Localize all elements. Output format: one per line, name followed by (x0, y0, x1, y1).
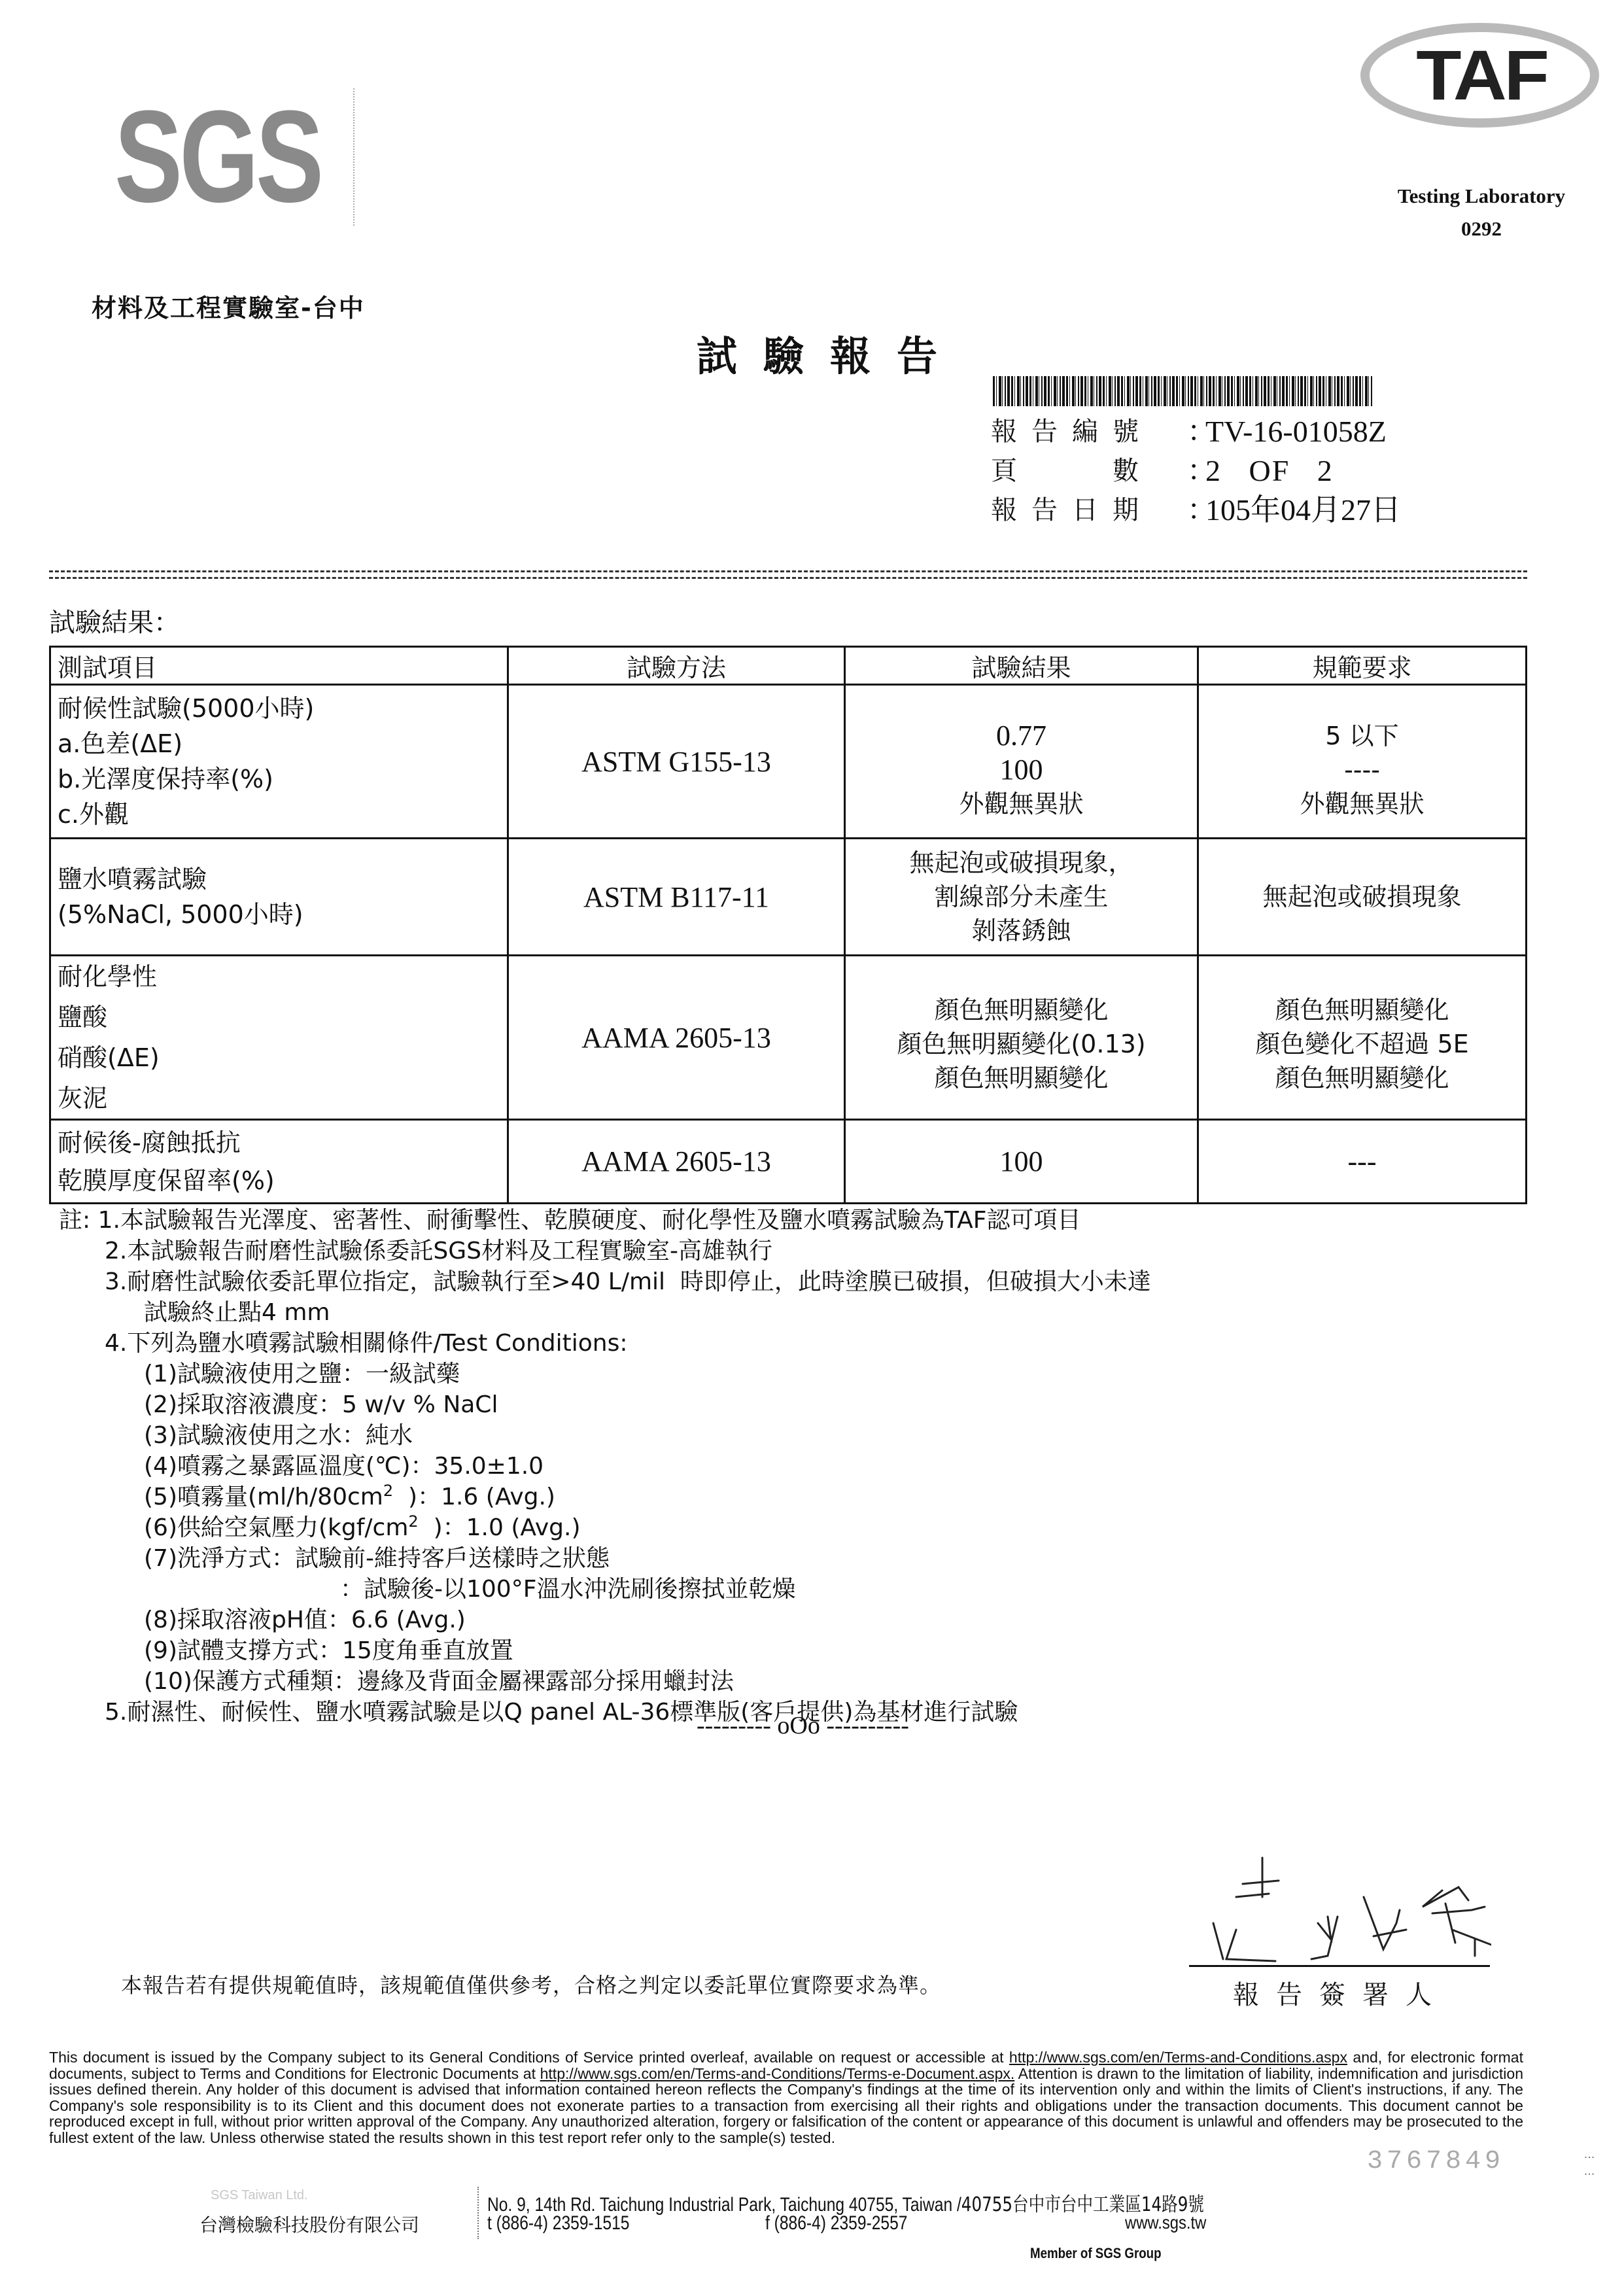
result-value: 割線部分未產生 (852, 880, 1190, 914)
spec-value: 顏色無明顯變化 (1205, 993, 1519, 1027)
result-value: 顏色無明顯變化(0.13) (852, 1027, 1190, 1061)
taf-lab-number: 0292 (1364, 217, 1599, 241)
note-item: 3.耐磨性試驗依委託單位指定，試驗執行至>40 L/mil 時即停止，此時塗膜已… (59, 1266, 1151, 1297)
signature-line (1189, 1965, 1490, 1967)
test-item-line: (5%NaCl, 5000小時) (58, 897, 500, 932)
report-number-row: 報告編號 ： TV-16-01058Z (991, 412, 1401, 451)
taf-caption: Testing Laboratory (1364, 184, 1599, 208)
disclaimer-text: This document is issued by the Company s… (49, 2049, 1009, 2066)
spec-value: 外觀無異狀 (1205, 787, 1519, 821)
test-item-line: c.外觀 (58, 797, 500, 832)
table-row: 鹽水噴霧試驗 (5%NaCl, 5000小時) ASTM B117-11 無起泡… (50, 839, 1527, 956)
report-meta: 報告編號 ： TV-16-01058Z 頁 數 ： 2 OF 2 報告日期 ： … (991, 412, 1401, 530)
separator-line (49, 577, 1527, 579)
table-row: 耐化學性 鹽酸 硝酸(ΔE) 灰泥 AAMA 2605-13 顏色無明顯變化 顏… (50, 956, 1527, 1120)
superscript: 2 (408, 1512, 418, 1531)
member-statement: Member of SGS Group (1030, 2245, 1162, 2262)
result-value: 顏色無明顯變化 (852, 993, 1190, 1027)
report-number-label: 報告編號 (991, 412, 1187, 451)
column-header-method: 試驗方法 (508, 647, 845, 685)
test-method-cell: ASTM B117-11 (508, 839, 845, 956)
column-header-result: 試驗結果 (845, 647, 1198, 685)
note-item: 2.本試驗報告耐磨性試驗係委託SGS材料及工程實驗室-高雄執行 (59, 1236, 1151, 1266)
report-date-label: 報告日期 (991, 491, 1187, 530)
result-value: 100 (852, 753, 1190, 787)
signer-label: 報告簽署人 (1233, 1974, 1449, 2011)
spec-value: --- (1205, 1145, 1519, 1179)
note-item: 5.耐濕性、耐候性、鹽水噴霧試驗是以Q panel AL-36標準版(客戶提供)… (59, 1697, 1151, 1728)
spec-cell: --- (1198, 1120, 1527, 1204)
table-row: 耐候後-腐蝕抵抗 乾膜厚度保留率(%) AAMA 2605-13 100 --- (50, 1120, 1527, 1204)
signature-icon (1197, 1851, 1491, 1962)
colon: ： (1187, 451, 1205, 491)
test-condition: (5)噴霧量(ml/h/80cm2 )：1.6 (Avg.) (59, 1482, 1151, 1512)
condition-text: )：1.6 (Avg.) (393, 1484, 555, 1510)
lab-name: 材料及工程實驗室-台中 (92, 288, 365, 324)
test-item-line: 灰泥 (58, 1078, 500, 1119)
test-condition-continuation: ：試驗後-以100°F溫水沖洗刷後擦拭並乾燥 (59, 1574, 1151, 1605)
result-value: 外觀無異狀 (852, 787, 1190, 821)
notes-prefix: 註: (59, 1207, 90, 1234)
colon: ： (1187, 491, 1205, 530)
fax-number: f (886-4) 2359-2557 (765, 2212, 907, 2235)
note-item: 註: 1.本試驗報告光澤度、密著性、耐衝擊性、乾膜硬度、耐化學性及鹽水噴霧試驗為… (59, 1205, 1151, 1236)
spec-cell: 5 以下 ---- 外觀無異狀 (1198, 685, 1527, 839)
barcode-icon (993, 376, 1372, 406)
spec-cell: 顏色無明顯變化 顏色變化不超過 5E 顏色無明顯變化 (1198, 956, 1527, 1120)
note-item-continuation: 試驗終止點4 mm (59, 1297, 1151, 1328)
test-item-cell: 鹽水噴霧試驗 (5%NaCl, 5000小時) (50, 839, 508, 956)
test-method-cell: AAMA 2605-13 (508, 1120, 845, 1204)
test-condition: (4)噴霧之暴露區溫度(℃)：35.0±1.0 (59, 1451, 1151, 1482)
table-header-row: 測試項目 試驗方法 試驗結果 規範要求 (50, 647, 1527, 685)
terms-link[interactable]: http://www.sgs.com/en/Terms-and-Conditio… (1009, 2049, 1347, 2066)
spec-value: ---- (1205, 753, 1519, 787)
legal-disclaimer: This document is issued by the Company s… (49, 2049, 1523, 2146)
taf-logo: TAF (1396, 39, 1568, 111)
report-date-value: 105年04月27日 (1205, 491, 1401, 530)
website-link[interactable]: www.sgs.tw (1125, 2212, 1206, 2233)
note-item: 4.下列為鹽水噴霧試驗相關條件/Test Conditions: (59, 1328, 1151, 1359)
condition-text: (6)供給空氣壓力(kgf/cm (144, 1514, 408, 1541)
page-count-value: 2 OF 2 (1205, 451, 1334, 491)
page-count-row: 頁 數 ： 2 OF 2 (991, 451, 1401, 491)
test-item-line: 硝酸(ΔE) (58, 1037, 500, 1078)
superscript: 2 (383, 1482, 393, 1500)
colon: ： (1187, 412, 1205, 451)
test-condition: (2)採取溶液濃度：5 w/v % NaCl (59, 1389, 1151, 1420)
side-mark: ⋮ ⋮ (1583, 2152, 1596, 2180)
test-item-line: 鹽水噴霧試驗 (58, 861, 500, 897)
test-result-cell: 無起泡或破損現象， 割線部分未產生 剝落銹蝕 (845, 839, 1198, 956)
result-value: 剝落銹蝕 (852, 914, 1190, 948)
logo-divider (353, 88, 356, 226)
results-heading: 試驗結果： (49, 602, 180, 639)
end-mark: --------- oOo ---------- (697, 1711, 909, 1740)
spec-value: 無起泡或破損現象 (1205, 880, 1519, 914)
report-number-value: TV-16-01058Z (1205, 412, 1387, 451)
result-value: 0.77 (852, 719, 1190, 753)
test-item-cell: 耐化學性 鹽酸 硝酸(ΔE) 灰泥 (50, 956, 508, 1120)
company-name-zh: 台灣檢驗科技股份有限公司 (199, 2211, 419, 2237)
test-item-line: 鹽酸 (58, 997, 500, 1037)
notes-section: 註: 1.本試驗報告光澤度、密著性、耐衝擊性、乾膜硬度、耐化學性及鹽水噴霧試驗為… (59, 1205, 1151, 1728)
test-item-line: a.色差(ΔE) (58, 726, 500, 761)
test-condition: (9)試體支撐方式：15度角垂直放置 (59, 1635, 1151, 1666)
test-item-line: 耐化學性 (58, 956, 500, 997)
spec-value: 顏色無明顯變化 (1205, 1061, 1519, 1095)
separator-line (49, 570, 1527, 572)
column-header-item: 測試項目 (50, 647, 508, 685)
address-divider (477, 2187, 479, 2239)
result-value: 無起泡或破損現象， (852, 846, 1190, 880)
result-value: 顏色無明顯變化 (852, 1061, 1190, 1095)
test-condition: (1)試驗液使用之鹽：一級試藥 (59, 1359, 1151, 1389)
test-condition: (6)供給空氣壓力(kgf/cm2 )：1.0 (Avg.) (59, 1512, 1151, 1543)
condition-text: (5)噴霧量(ml/h/80cm (144, 1484, 383, 1510)
test-item-line: 耐候性試驗(5000小時) (58, 691, 500, 726)
e-document-terms-link[interactable]: http://www.sgs.com/en/Terms-and-Conditio… (540, 2065, 1015, 2082)
page-count-label: 頁 數 (991, 451, 1187, 491)
test-method-cell: AAMA 2605-13 (508, 956, 845, 1120)
condition-text: )：1.0 (Avg.) (419, 1514, 581, 1541)
report-date-row: 報告日期 ： 105年04月27日 (991, 491, 1401, 530)
test-result-cell: 100 (845, 1120, 1198, 1204)
test-item-line: b.光澤度保持率(%) (58, 761, 500, 797)
spec-value: 5 以下 (1205, 719, 1519, 753)
note-text: 1.本試驗報告光澤度、密著性、耐衝擊性、乾膜硬度、耐化學性及鹽水噴霧試驗為TAF… (98, 1207, 1081, 1234)
test-result-cell: 顏色無明顯變化 顏色無明顯變化(0.13) 顏色無明顯變化 (845, 956, 1198, 1120)
test-condition: (10)保護方式種類：邊緣及背面金屬裸露部分採用蠟封法 (59, 1666, 1151, 1697)
company-name-en: SGS Taiwan Ltd. (211, 2188, 308, 2203)
sgs-logo: SGS (114, 98, 308, 216)
test-item-line: 乾膜厚度保留率(%) (58, 1162, 500, 1200)
test-condition: (8)採取溶液pH值：6.6 (Avg.) (59, 1605, 1151, 1635)
test-item-line: 耐候後-腐蝕抵抗 (58, 1124, 500, 1162)
test-condition: (7)洗淨方式：試驗前-維持客戶送樣時之狀態 (59, 1543, 1151, 1574)
test-item-cell: 耐候後-腐蝕抵抗 乾膜厚度保留率(%) (50, 1120, 508, 1204)
spec-value: 顏色變化不超過 5E (1205, 1027, 1519, 1061)
results-table: 測試項目 試驗方法 試驗結果 規範要求 耐候性試驗(5000小時) a.色差(Δ… (49, 646, 1527, 1204)
table-row: 耐候性試驗(5000小時) a.色差(ΔE) b.光澤度保持率(%) c.外觀 … (50, 685, 1527, 839)
phone-number: t (886-4) 2359-1515 (487, 2212, 629, 2235)
spec-cell: 無起泡或破損現象 (1198, 839, 1527, 956)
reference-statement: 本報告若有提供規範值時，該規範值僅供參考，合格之判定以委託單位實際要求為準。 (121, 1969, 941, 1999)
serial-number: 3767849 (1367, 2147, 1504, 2176)
result-value: 100 (852, 1145, 1190, 1179)
page-title: 試驗報告 (697, 324, 963, 382)
test-result-cell: 0.77 100 外觀無異狀 (845, 685, 1198, 839)
test-condition: (3)試驗液使用之水：純水 (59, 1420, 1151, 1451)
column-header-spec: 規範要求 (1198, 647, 1527, 685)
test-method-cell: ASTM G155-13 (508, 685, 845, 839)
test-item-cell: 耐候性試驗(5000小時) a.色差(ΔE) b.光澤度保持率(%) c.外觀 (50, 685, 508, 839)
